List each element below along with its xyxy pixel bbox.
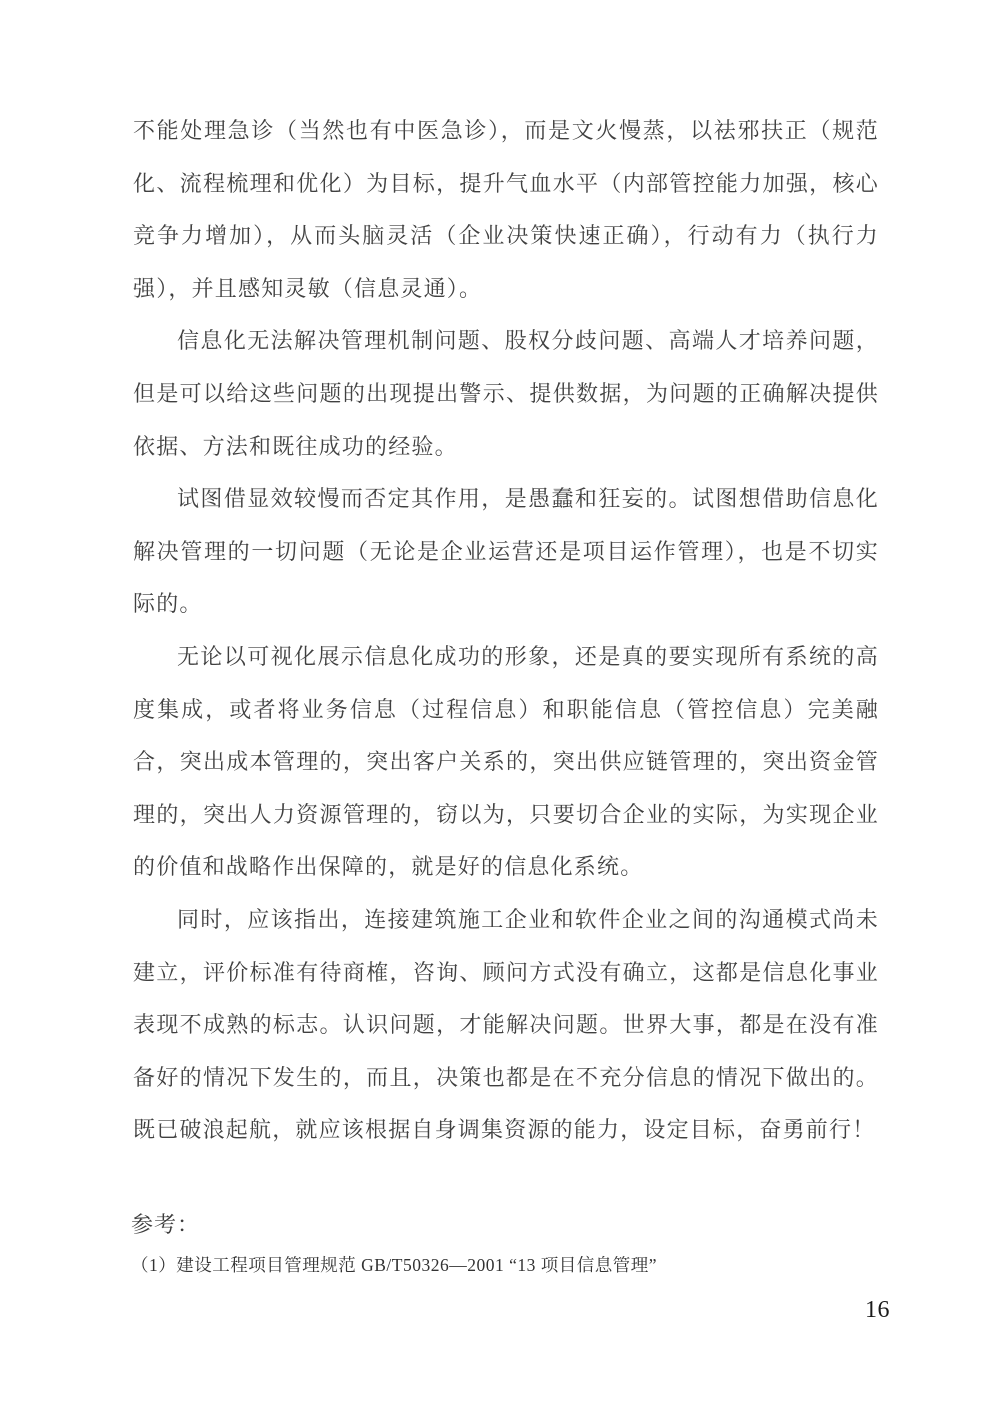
- page-number: 16: [865, 1297, 890, 1324]
- body-paragraph: 同时，应该指出，连接建筑施工企业和软件企业之间的沟通模式尚未建立，评价标准有待商…: [133, 894, 879, 1157]
- body-paragraph: 试图借显效较慢而否定其作用，是愚蠢和狂妄的。试图想借助信息化解决管理的一切问题（…: [133, 473, 879, 631]
- body-paragraph: 不能处理急诊（当然也有中医急诊），而是文火慢蒸，以祛邪扶正（规范化、流程梳理和优…: [133, 105, 879, 315]
- document-page: 不能处理急诊（当然也有中医急诊），而是文火慢蒸，以祛邪扶正（规范化、流程梳理和优…: [0, 0, 992, 1403]
- references-section: 参考： （1）建设工程项目管理规范 GB/T50326—2001 “13 项目信…: [131, 1210, 891, 1277]
- reference-item: （1）建设工程项目管理规范 GB/T50326—2001 “13 项目信息管理”: [131, 1253, 891, 1277]
- body-text: 不能处理急诊（当然也有中医急诊），而是文火慢蒸，以祛邪扶正（规范化、流程梳理和优…: [133, 105, 879, 1157]
- references-heading: 参考：: [131, 1210, 891, 1240]
- body-paragraph: 信息化无法解决管理机制问题、股权分歧问题、高端人才培养问题，但是可以给这些问题的…: [133, 315, 879, 473]
- body-paragraph: 无论以可视化展示信息化成功的形象，还是真的要实现所有系统的高度集成，或者将业务信…: [133, 631, 879, 894]
